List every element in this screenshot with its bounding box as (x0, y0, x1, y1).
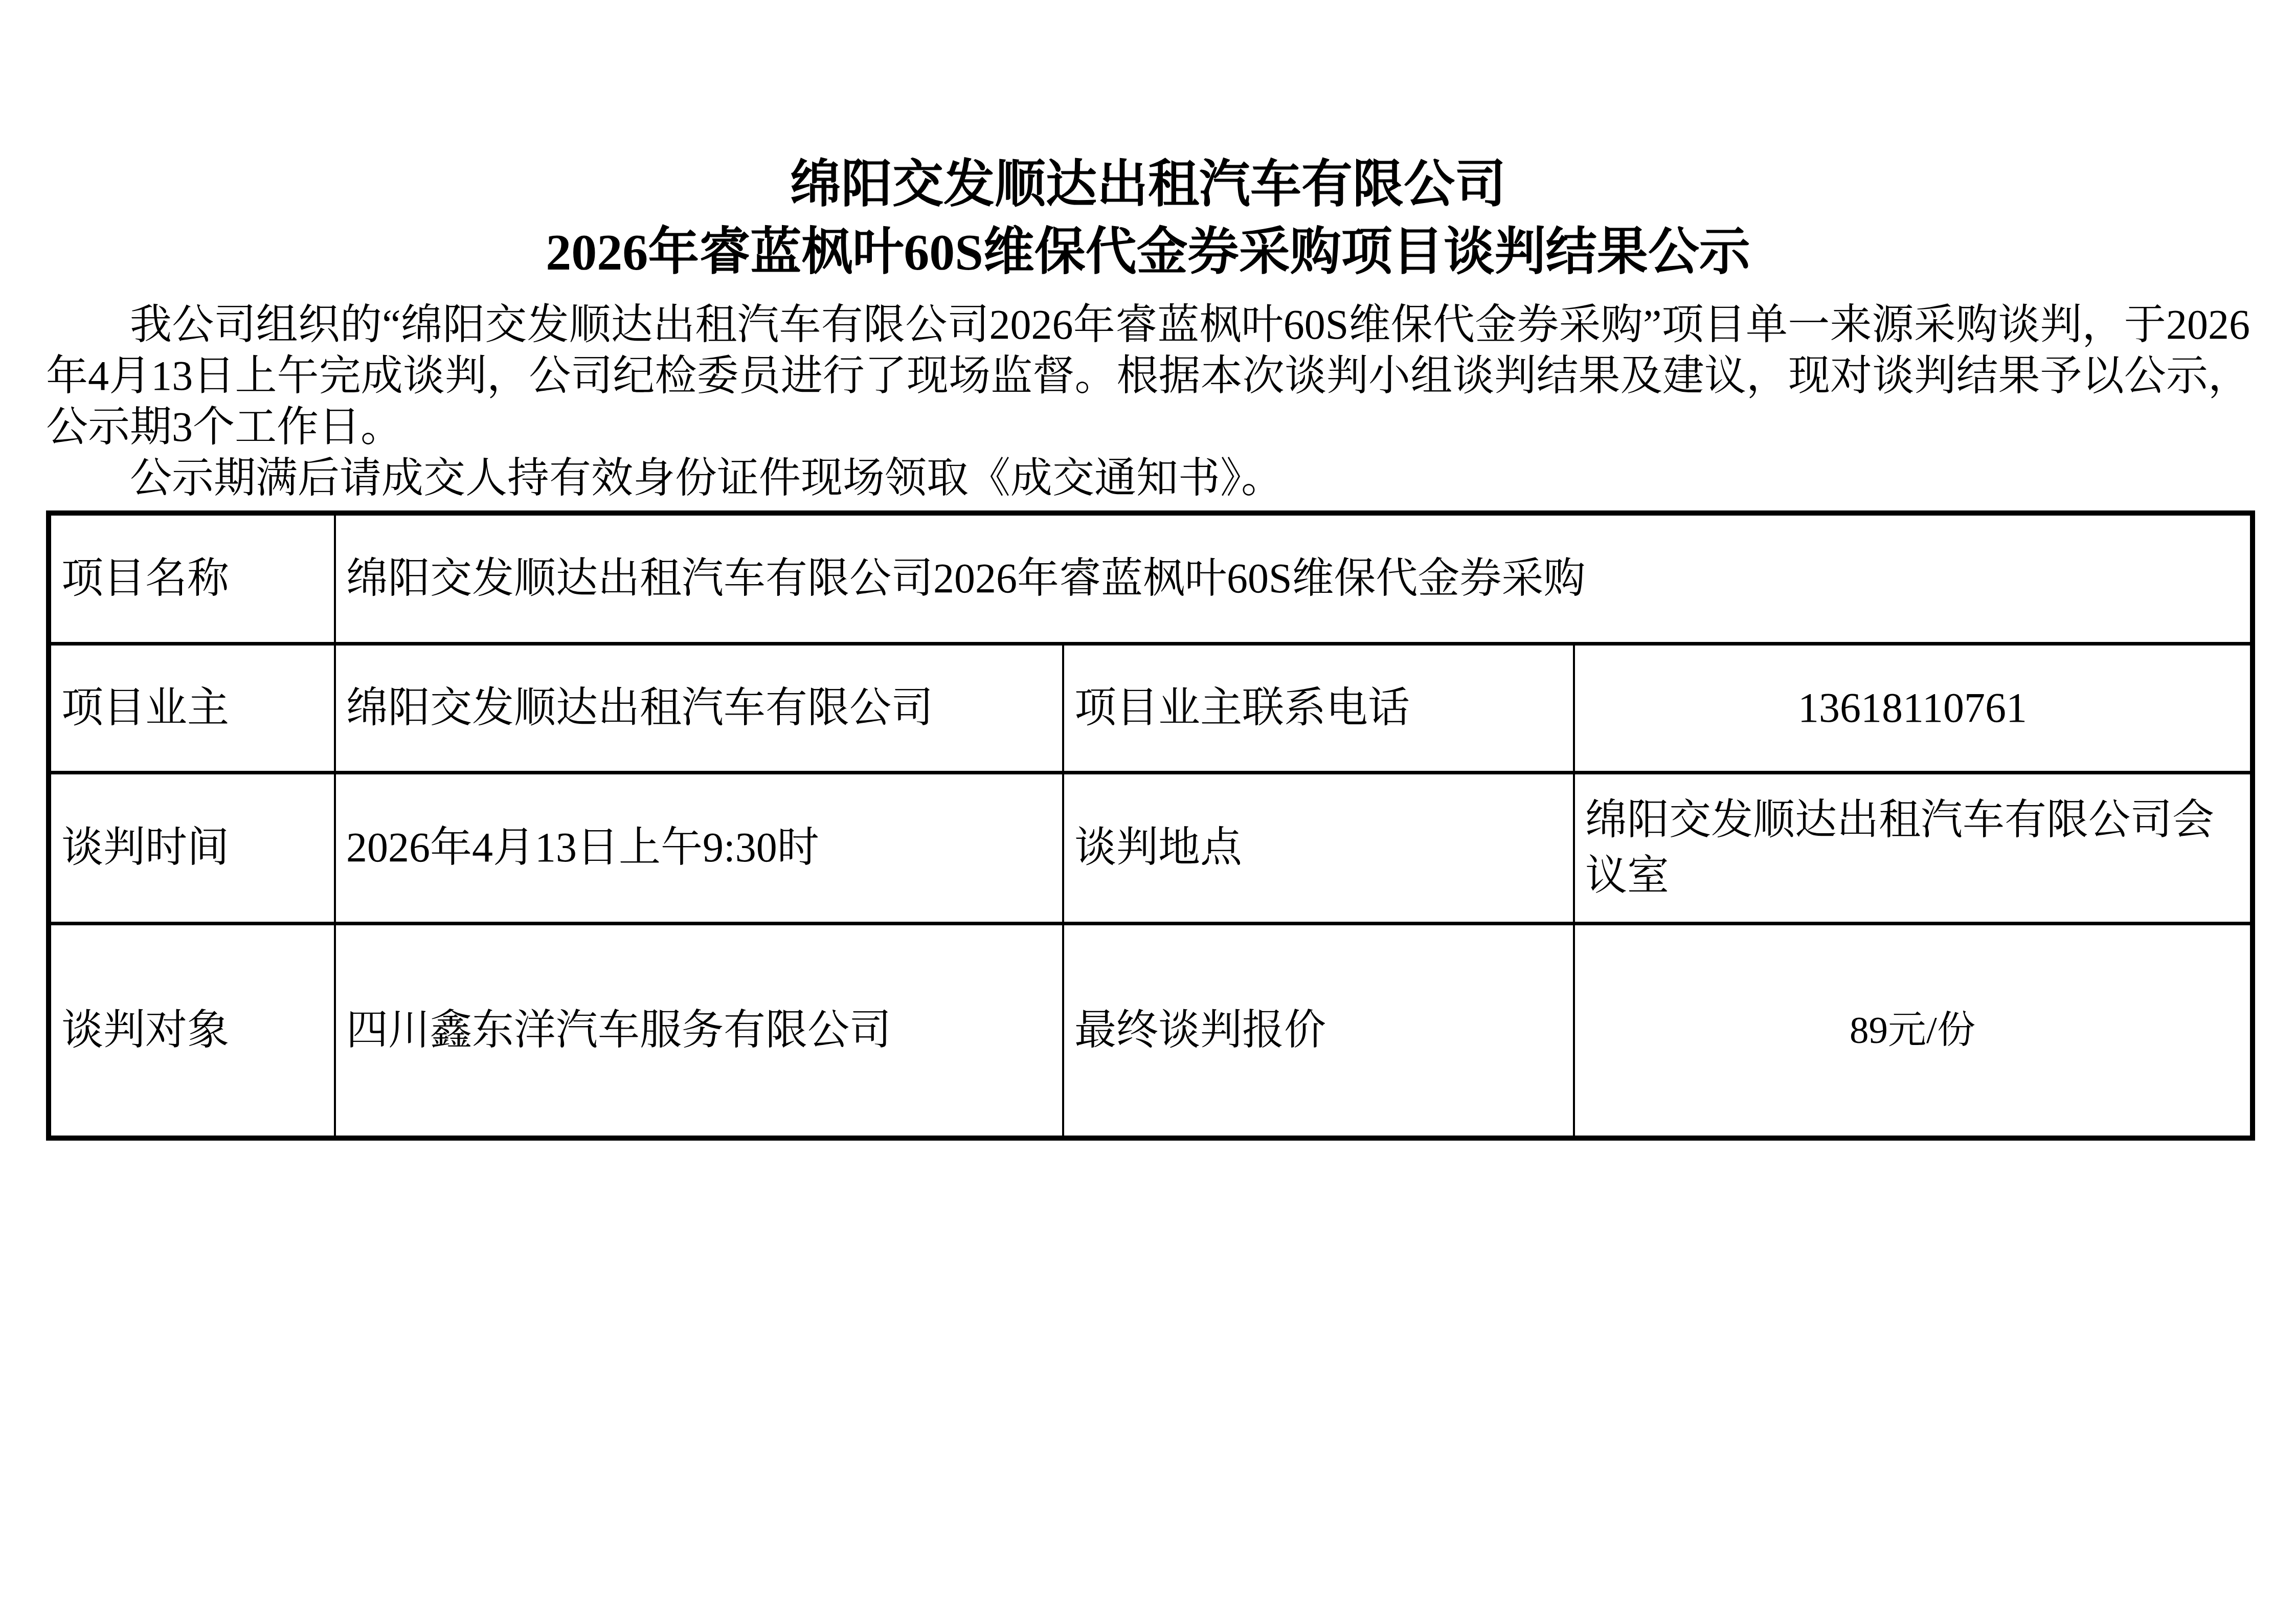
table-row-negotiation-time: 谈判时间 2026年4月13日上午9:30时 谈判地点 绵阳交发顺达出租汽车有限… (49, 772, 2253, 923)
negotiation-place-value: 绵阳交发顺达出租汽车有限公司会议室 (1574, 772, 2253, 923)
intro-paragraph: 我公司组织的“绵阳交发顺达出租汽车有限公司2026年睿蓝枫叶60S维保代金券采购… (46, 299, 2250, 453)
negotiation-result-table: 项目名称 绵阳交发顺达出租汽车有限公司2026年睿蓝枫叶60S维保代金券采购 项… (46, 510, 2255, 1141)
table-row-project-owner: 项目业主 绵阳交发顺达出租汽车有限公司 项目业主联系电话 13618110761 (49, 643, 2253, 772)
project-owner-label: 项目业主 (49, 643, 335, 772)
project-owner-value: 绵阳交发顺达出租汽车有限公司 (335, 643, 1063, 772)
final-price-label: 最终谈判报价 (1063, 923, 1574, 1138)
document-title: 绵阳交发顺达出租汽车有限公司 2026年睿蓝枫叶60S维保代金券采购项目谈判结果… (46, 151, 2250, 286)
table-row-negotiation-target: 谈判对象 四川鑫东洋汽车服务有限公司 最终谈判报价 89元/份 (49, 923, 2253, 1138)
table-row-project-name: 项目名称 绵阳交发顺达出租汽车有限公司2026年睿蓝枫叶60S维保代金券采购 (49, 513, 2253, 643)
negotiation-place-label: 谈判地点 (1063, 772, 1574, 923)
negotiation-target-label: 谈判对象 (49, 923, 335, 1138)
document-title-line1: 绵阳交发顺达出租汽车有限公司 (46, 151, 2250, 218)
negotiation-target-value: 四川鑫东洋汽车服务有限公司 (335, 923, 1063, 1138)
project-name-label: 项目名称 (49, 513, 335, 643)
owner-phone-label: 项目业主联系电话 (1063, 643, 1574, 772)
owner-phone-value: 13618110761 (1574, 643, 2253, 772)
document-title-line2: 2026年睿蓝枫叶60S维保代金券采购项目谈判结果公示 (46, 218, 2250, 286)
notice-paragraph: 公示期满后请成交人持有效身份证件现场领取《成交通知书》。 (46, 453, 2250, 504)
project-name-value: 绵阳交发顺达出租汽车有限公司2026年睿蓝枫叶60S维保代金券采购 (335, 513, 2253, 643)
negotiation-time-label: 谈判时间 (49, 772, 335, 923)
intro-section: 我公司组织的“绵阳交发顺达出租汽车有限公司2026年睿蓝枫叶60S维保代金券采购… (46, 299, 2250, 510)
announcement-page: { "doc": { "title_line1": "绵阳交发顺达出租汽车有限公… (0, 0, 2296, 1624)
negotiation-time-value: 2026年4月13日上午9:30时 (335, 772, 1063, 923)
final-price-value: 89元/份 (1574, 923, 2253, 1138)
